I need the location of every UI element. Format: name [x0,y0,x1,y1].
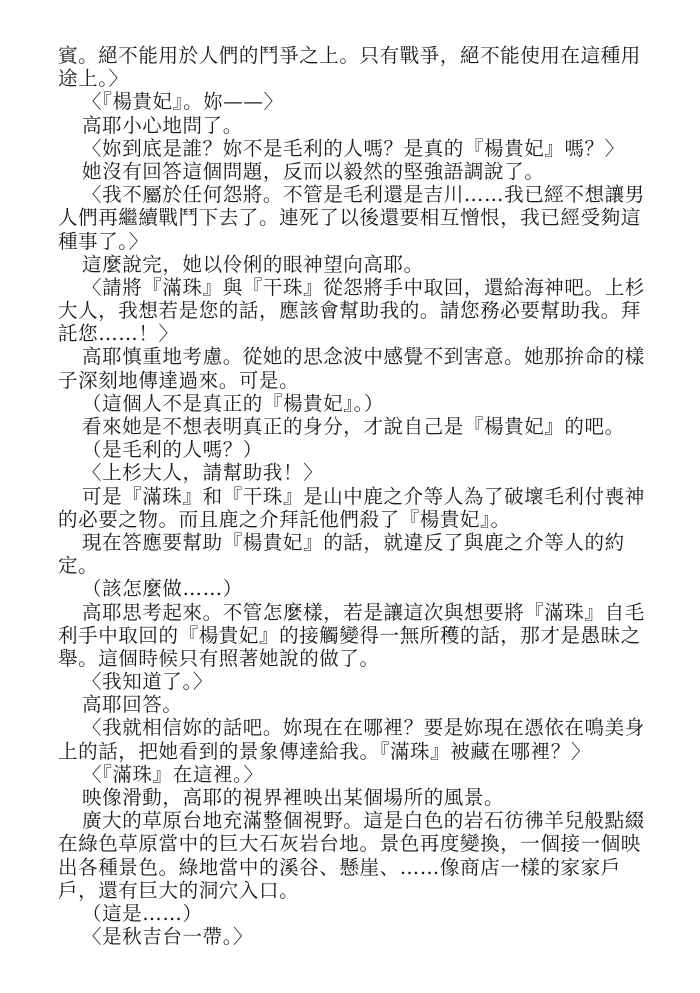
text-line: （是毛利的人嗎？） [58,438,638,461]
text-line: 廣大的草原台地充滿整個視野。這是白色的岩石彷彿羊兒般點綴 [58,809,638,832]
text-line: 託您……！〉 [58,322,638,345]
text-line: 戶，還有巨大的洞穴入口。 [58,879,638,902]
text-line: 利手中取回的『楊貴妃』的接觸變得一無所穫的話，那才是愚昧之 [58,624,638,647]
text-line: 高耶慎重地考慮。從她的思念波中感覺不到害意。她那拚命的樣 [58,345,638,368]
text-line: 大人，我想若是您的話，應該會幫助我的。請您務必要幫助我。拜 [58,299,638,322]
text-line: 映像滑動，高耶的視界裡映出某個場所的風景。 [58,786,638,809]
text-line: 定。 [58,554,638,577]
text-line: 〈是秋吉台一帶。〉 [58,925,638,948]
text-line: 高耶回答。 [58,693,638,716]
text-line: 〈我就相信妳的話吧。妳現在在哪裡？要是妳現在憑依在鳴美身 [58,716,638,739]
text-line: 舉。這個時候只有照著她說的做了。 [58,647,638,670]
text-line: 途上。〉 [58,67,638,90]
text-line: 子深刻地傳達過來。可是。 [58,369,638,392]
text-line: 她沒有回答這個問題，反而以毅然的堅強語調說了。 [58,160,638,183]
text-line: （該怎麼做……） [58,577,638,600]
text-line: 賓。絕不能用於人們的鬥爭之上。只有戰爭，絕不能使用在這種用 [58,44,638,67]
text-line: 高耶小心地問了。 [58,114,638,137]
text-line: 〈請將『滿珠』與『干珠』從怨將手中取回，還給海神吧。上杉 [58,276,638,299]
body-text: 賓。絕不能用於人們的鬥爭之上。只有戰爭，絕不能使用在這種用途上。〉〈『楊貴妃』。… [58,44,638,948]
text-line: 〈上杉大人，請幫助我！〉 [58,461,638,484]
text-line: 可是『滿珠』和『干珠』是山中鹿之介等人為了破壞毛利付喪神 [58,485,638,508]
text-line: 〈妳到底是誰？妳不是毛利的人嗎？是真的『楊貴妃』嗎？〉 [58,137,638,160]
text-line: 看來她是不想表明真正的身分，才說自己是『楊貴妃』的吧。 [58,415,638,438]
text-line: 這麼說完，她以伶俐的眼神望向高耶。 [58,253,638,276]
text-line: 種事了。〉 [58,230,638,253]
text-line: 〈我不屬於任何怨將。不管是毛利還是吉川……我已經不想讓男 [58,183,638,206]
book-page: 賓。絕不能用於人們的鬥爭之上。只有戰爭，絕不能使用在這種用途上。〉〈『楊貴妃』。… [0,0,700,993]
text-line: 〈『楊貴妃』。妳——〉 [58,90,638,113]
text-line: 〈我知道了。〉 [58,670,638,693]
text-line: 〈『滿珠』在這裡。〉 [58,763,638,786]
text-line: 在綠色草原當中的巨大石灰岩台地。景色再度變換，一個接一個映 [58,832,638,855]
text-line: 人們再繼續戰鬥下去了。連死了以後還要相互憎恨，我已經受夠這 [58,206,638,229]
text-line: 高耶思考起來。不管怎麼樣，若是讓這次與想要將『滿珠』自毛 [58,601,638,624]
text-line: 上的話，把她看到的景象傳達給我。『滿珠』被藏在哪裡？〉 [58,740,638,763]
text-line: 現在答應要幫助『楊貴妃』的話，就違反了與鹿之介等人的約 [58,531,638,554]
text-line: 出各種景色。綠地當中的溪谷、懸崖、……像商店一樣的家家戶 [58,856,638,879]
text-line: （這個人不是真正的『楊貴妃』。） [58,392,638,415]
text-line: （這是……） [58,902,638,925]
text-line: 的必要之物。而且鹿之介拜託他們殺了『楊貴妃』。 [58,508,638,531]
